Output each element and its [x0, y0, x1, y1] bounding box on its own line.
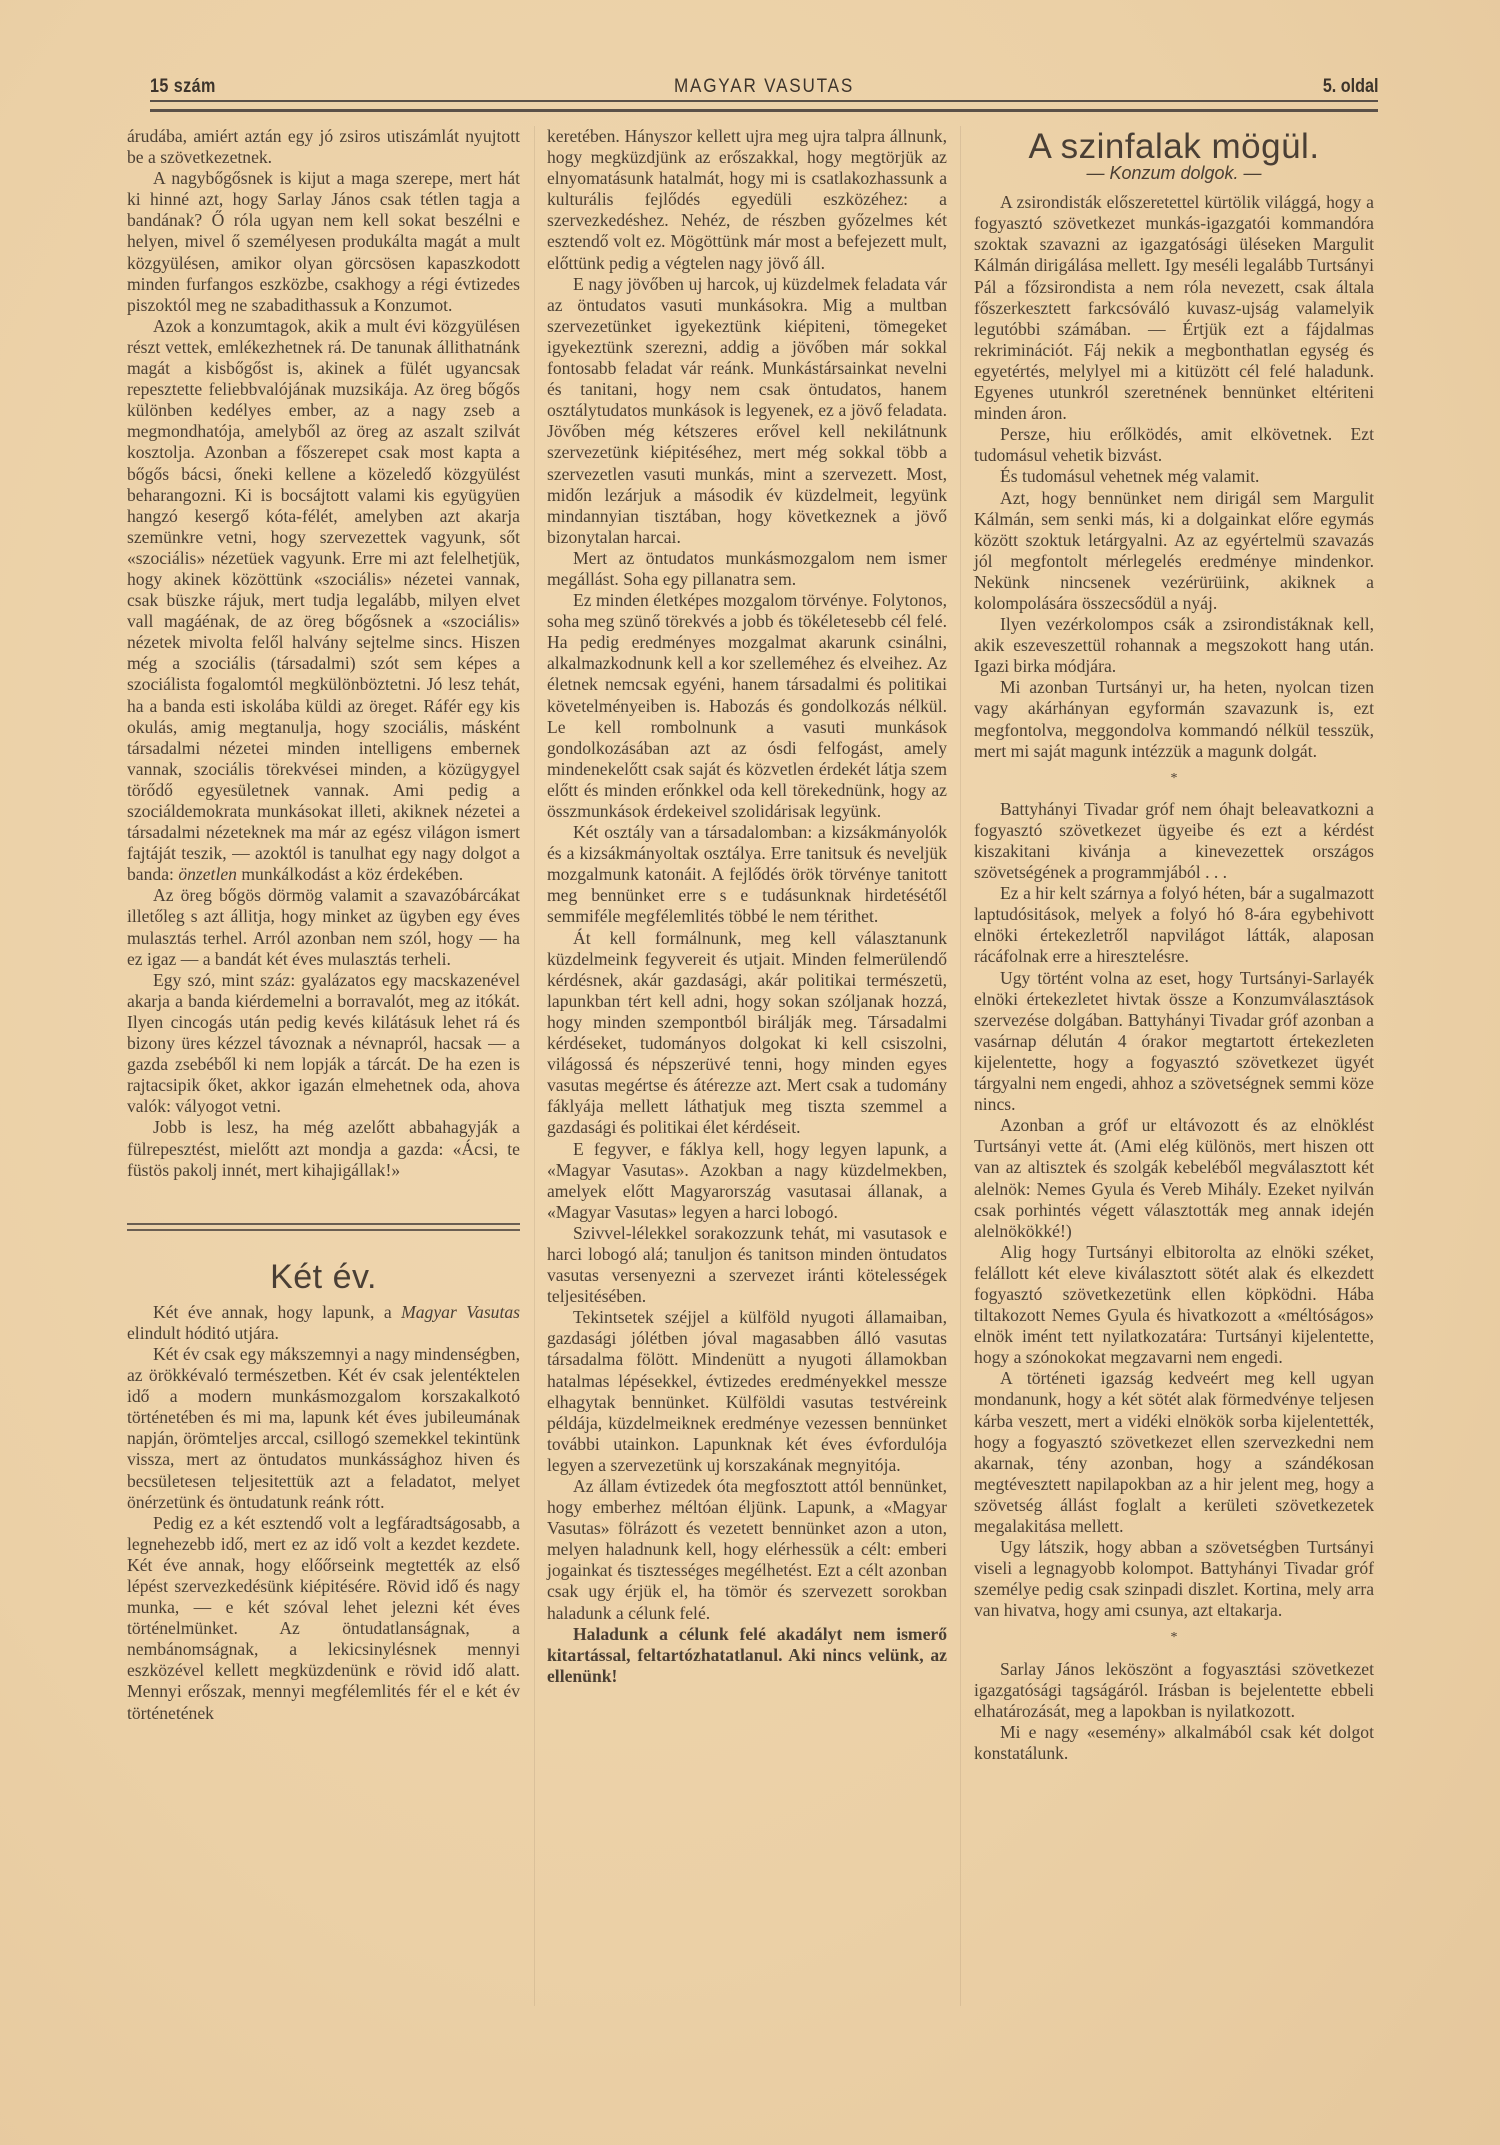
paragraph: Jobb is lesz, ha még azelőtt abbahagyják…	[127, 1117, 520, 1180]
column-divider	[534, 126, 535, 2006]
paragraph: Pedig ez a két esztendő volt a legfáradt…	[127, 1513, 520, 1724]
paragraph: Azok a konzumtagok, akik a mult évi közg…	[127, 316, 520, 886]
paragraph-text: Két éve annak, hogy lapunk, a	[153, 1302, 392, 1322]
column-divider	[960, 126, 961, 2006]
paragraph: Két év csak egy mákszemnyi a nagy minden…	[127, 1344, 520, 1513]
paragraph: Két éve annak, hogy lapunk, a Magyar Vas…	[127, 1302, 520, 1344]
paragraph: Battyhányi Tivadar gróf nem óhajt beleav…	[974, 799, 1374, 883]
column-middle: keretében. Hányszor kellett ujra meg ujr…	[547, 126, 947, 1687]
paragraph: Át kell formálnunk, meg kell választanun…	[547, 928, 947, 1139]
asterisk-separator: *	[974, 1627, 1374, 1648]
paragraph: Ilyen vezérkolompos csák a zsirondistákn…	[974, 614, 1374, 677]
paragraph: Két osztály van a társadalomban: a kizsá…	[547, 822, 947, 927]
paragraph: Sarlay János leköszönt a fogyasztási szö…	[974, 1659, 1374, 1722]
paragraph: Az állam évtizedek óta megfosztott attól…	[547, 1476, 947, 1624]
paragraph-text: elindult hóditó utjára.	[127, 1323, 279, 1343]
paragraph: Mert az öntudatos munkásmozgalom nem ism…	[547, 548, 947, 590]
paragraph: Tekintsetek széjjel a külföld nyugoti ál…	[547, 1307, 947, 1476]
masthead: MAGYAR VASUTAS	[211, 76, 1316, 98]
paragraph: E fegyver, e fáklya kell, hogy legyen la…	[547, 1139, 947, 1223]
emphasis-text: Magyar Vasutas	[401, 1302, 520, 1322]
paragraph: Ez minden életképes mozgalom törvénye. F…	[547, 590, 947, 822]
paragraph: Egy szó, mint száz: gyalázatos egy macsk…	[127, 970, 520, 1118]
paragraph: Alig hogy Turtsányi elbitorolta az elnök…	[974, 1242, 1374, 1369]
article-subtitle: — Konzum dolgok. —	[974, 163, 1374, 184]
issue-number: 15 szám	[150, 76, 216, 98]
bold-text: Haladunk a célunk felé akadályt nem isme…	[547, 1624, 947, 1686]
paragraph: Haladunk a célunk felé akadályt nem isme…	[547, 1624, 947, 1687]
newspaper-page: 15 szám MAGYAR VASUTAS 5. oldal árudába,…	[0, 0, 1500, 2145]
paragraph: Azonban a gróf ur eltávozott és az elnök…	[974, 1115, 1374, 1242]
paragraph: Az öreg bőgös dörmög valamit a szavazóbá…	[127, 885, 520, 969]
paragraph: keretében. Hányszor kellett ujra meg ujr…	[547, 126, 947, 274]
article-title-szinfalak: A szinfalak mögül.	[974, 136, 1374, 157]
paragraph-text: Azok a konzumtagok, akik a mult évi közg…	[127, 316, 520, 884]
column-left: árudába, amiért aztán egy jó zsiros utis…	[127, 126, 520, 1724]
section-divider	[127, 1223, 520, 1231]
asterisk-separator: *	[974, 768, 1374, 789]
paragraph: Ez a hir kelt szárnya a folyó héten, bár…	[974, 883, 1374, 967]
header-rule	[150, 100, 1378, 112]
paragraph: Azt, hogy bennünket nem dirigál sem Marg…	[974, 488, 1374, 615]
paragraph: árudába, amiért aztán egy jó zsiros utis…	[127, 126, 520, 168]
article-title-ket-ev: Két év.	[127, 1267, 520, 1288]
page-number: 5. oldal	[1322, 76, 1378, 98]
paragraph: Mi azonban Turtsányi ur, ha heten, nyolc…	[974, 677, 1374, 761]
paragraph: Ugy látszik, hogy abban a szövetségben T…	[974, 1537, 1374, 1621]
paragraph: Persze, hiu erőlködés, amit elkövetnek. …	[974, 424, 1374, 466]
paragraph: És tudomásul vehetnek még valamit.	[974, 466, 1374, 487]
paragraph-text: munkálkodást a köz érdekében.	[241, 864, 463, 884]
paragraph: A történeti igazság kedveért meg kell ug…	[974, 1368, 1374, 1537]
paragraph: A zsirondisták előszeretettel kürtölik v…	[974, 192, 1374, 424]
paragraph: E nagy jövőben uj harcok, uj küzdelmek f…	[547, 274, 947, 548]
paragraph: A nagybőgősnek is kijut a maga szerepe, …	[127, 168, 520, 316]
column-right: A szinfalak mögül. — Konzum dolgok. — A …	[974, 126, 1374, 1764]
paragraph: Mi e nagy «esemény» alkalmából csak két …	[974, 1722, 1374, 1764]
emphasis-text: önzetlen	[178, 864, 237, 884]
paragraph: Ugy történt volna az eset, hogy Turtsány…	[974, 968, 1374, 1116]
paragraph: Szivvel-lélekkel sorakozzunk tehát, mi v…	[547, 1223, 947, 1307]
